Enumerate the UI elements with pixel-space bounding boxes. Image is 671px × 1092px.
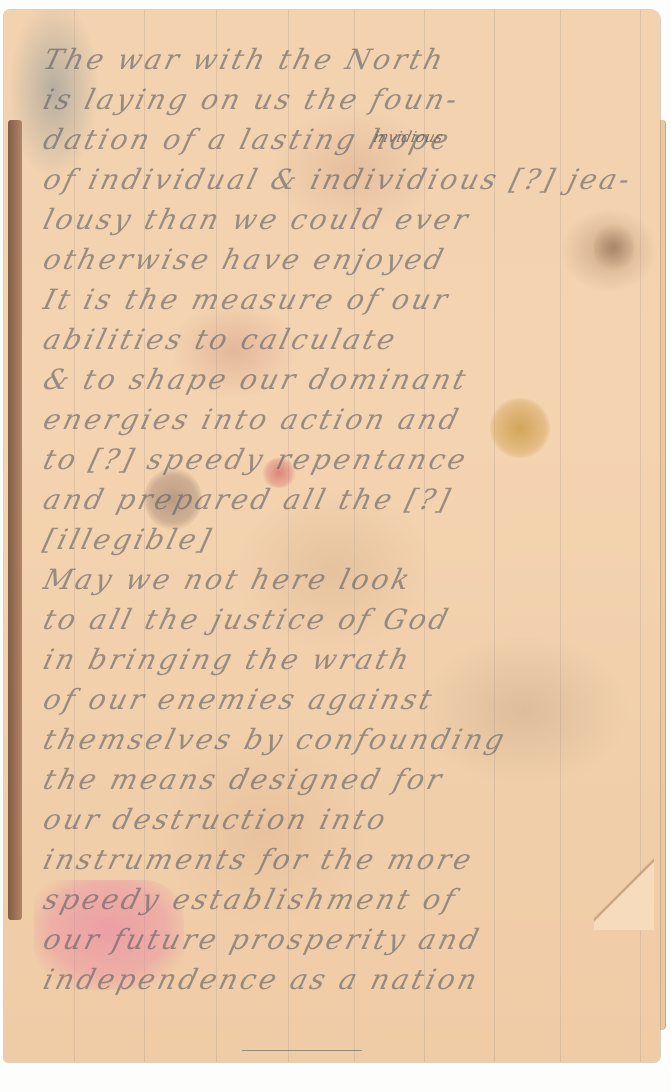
text-line: May we not here look: [39, 560, 649, 600]
text-line: The war with the North: [39, 40, 649, 80]
text-line: in bringing the wrath: [39, 640, 649, 680]
text-line: It is the measure of our: [39, 280, 649, 320]
end-underline: [242, 1050, 362, 1051]
text-line: the means designed for: [39, 760, 649, 800]
handwritten-text: The war with the North is laying on us t…: [44, 40, 644, 1000]
scanned-page: invidious The war with the North is layi…: [0, 0, 671, 1092]
text-line: lousy than we could ever: [39, 200, 649, 240]
text-line: to [?] speedy repentance: [39, 440, 649, 480]
text-line: dation of a lasting hope: [39, 120, 649, 160]
text-line: instruments for the more: [39, 840, 649, 880]
text-line: and prepared all the [?]: [39, 480, 649, 520]
text-line: energies into action and: [39, 400, 649, 440]
text-line: independence as a nation: [39, 960, 649, 1000]
text-line: speedy establishment of: [39, 880, 649, 920]
text-line: abilities to calculate: [39, 320, 649, 360]
diary-page: invidious The war with the North is layi…: [4, 10, 660, 1062]
text-line: [illegible]: [39, 520, 649, 560]
binding-edge: [8, 120, 22, 920]
text-line: themselves by confounding: [39, 720, 649, 760]
text-line: to all the justice of God: [39, 600, 649, 640]
text-line: of individual & individious [?] jea-: [39, 160, 649, 200]
text-line: otherwise have enjoyed: [39, 240, 649, 280]
text-line: & to shape our dominant: [39, 360, 649, 400]
text-line: of our enemies against: [39, 680, 649, 720]
text-line: our future prosperity and: [39, 920, 649, 960]
text-line: our destruction into: [39, 800, 649, 840]
text-line: is laying on us the foun-: [39, 80, 649, 120]
